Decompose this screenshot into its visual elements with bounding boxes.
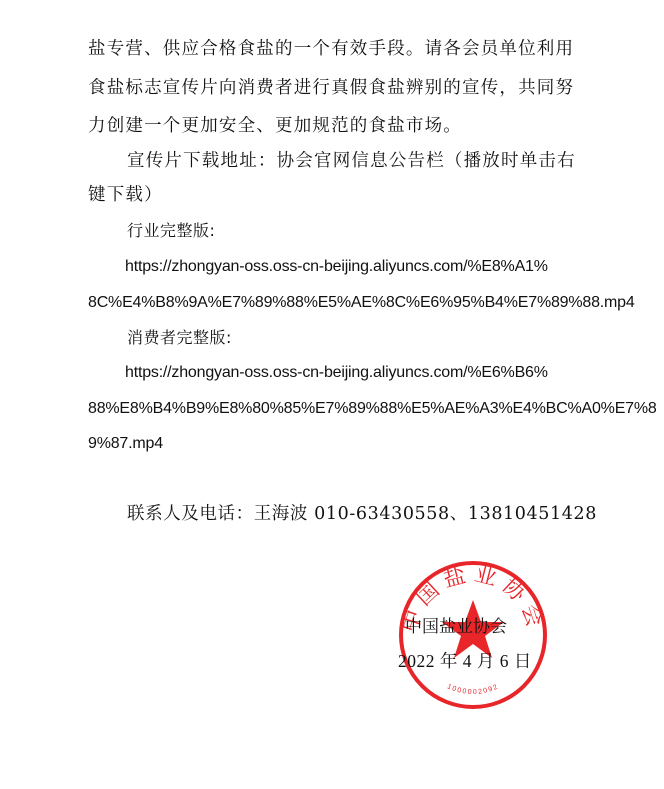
industry-version-heading: 行业完整版: — [127, 220, 215, 242]
consumer-version-url[interactable]: https://zhongyan-oss.oss-cn-beijing.aliy… — [125, 362, 548, 384]
consumer-version-url[interactable]: 88%E8%B4%B9%E8%80%85%E7%89%88%E5%AE%A3%E… — [88, 398, 657, 420]
consumer-version-url[interactable]: 9%87.mp4 — [88, 433, 163, 455]
signing-date: 2022 年 4 月 6 日 — [398, 648, 532, 673]
paragraph-line: 盐专营、供应合格食盐的一个有效手段。请各会员单位利用 — [88, 38, 574, 60]
consumer-version-heading: 消费者完整版: — [127, 327, 232, 349]
download-address-line: 宣传片下载地址：协会官网信息公告栏（播放时单击右 — [127, 150, 576, 172]
document-page: 盐专营、供应合格食盐的一个有效手段。请各会员单位利用 食盐标志宣传片向消费者进行… — [0, 0, 664, 789]
svg-text:1000002092: 1000002092 — [446, 683, 500, 696]
paragraph-line: 力创建一个更加安全、更加规范的食盐市场。 — [88, 115, 462, 137]
industry-version-url[interactable]: https://zhongyan-oss.oss-cn-beijing.aliy… — [125, 256, 548, 278]
paragraph-line: 食盐标志宣传片向消费者进行真假食盐辨别的宣传，共同努 — [88, 77, 574, 99]
download-address-line: 键下载） — [88, 184, 163, 206]
contact-line: 联系人及电话：王海波 010-63430558、13810451428 — [127, 503, 597, 525]
signing-organization: 中国盐业协会 — [405, 612, 507, 637]
industry-version-url[interactable]: 8C%E4%B8%9A%E7%89%88%E5%AE%8C%E6%95%B4%E… — [88, 292, 635, 314]
